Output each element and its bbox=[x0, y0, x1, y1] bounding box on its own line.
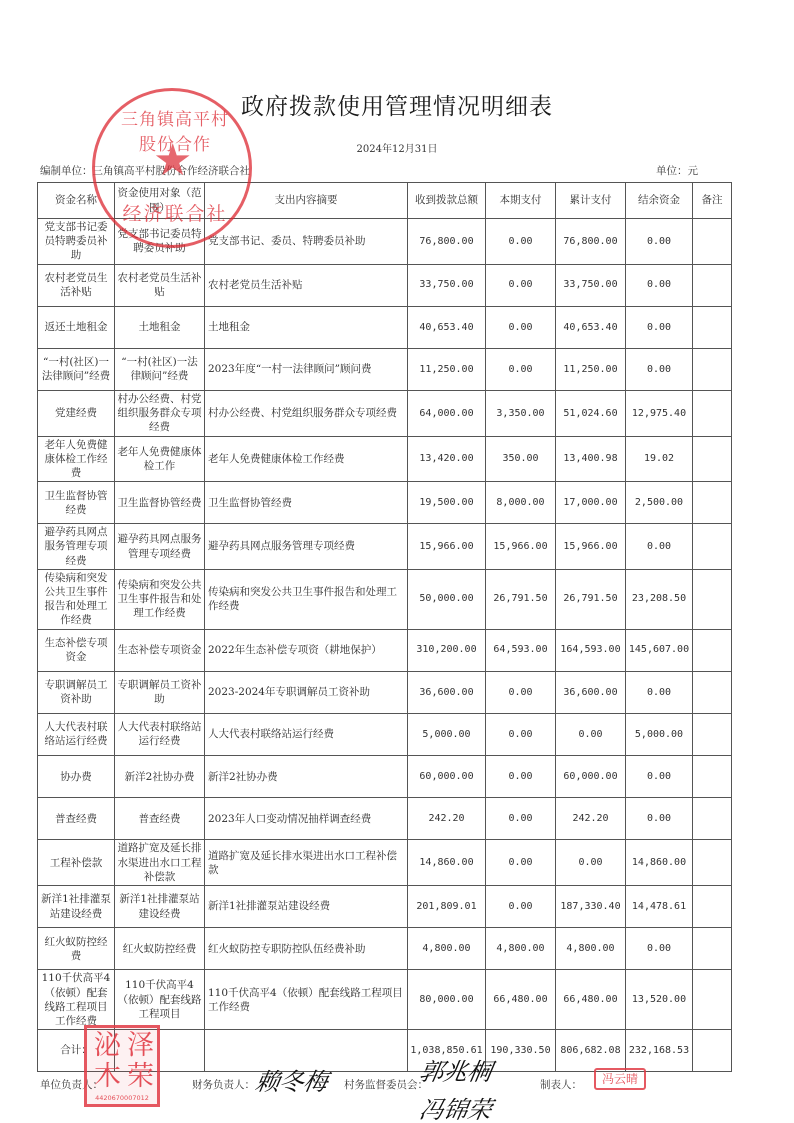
finance-head-signature: 赖冬梅 bbox=[253, 1062, 331, 1097]
cell-received: 15,966.00 bbox=[408, 524, 486, 570]
cell-summary: 2023年度“一村一法律顾问”顾问费 bbox=[205, 348, 408, 390]
cell-name: 卫生监督协管经费 bbox=[38, 482, 115, 524]
table-row: 老年人免费健康体检工作经费老年人免费健康体检工作老年人免费健康体检工作经费13,… bbox=[38, 436, 732, 482]
cell-balance: 14,860.00 bbox=[626, 840, 693, 886]
cell-note bbox=[693, 671, 732, 713]
cell-cumulative: 15,966.00 bbox=[556, 524, 626, 570]
cell-current: 0.00 bbox=[486, 264, 556, 306]
cell-current: 66,480.00 bbox=[486, 970, 556, 1030]
cell-target: 人大代表村联络站运行经费 bbox=[115, 713, 205, 755]
cell-current: 26,791.50 bbox=[486, 569, 556, 629]
org-line: 编制单位：三角镇高平村股份合作经济联合社 bbox=[40, 163, 250, 178]
document-title: 政府拨款使用管理情况明细表 bbox=[0, 88, 794, 121]
cell-target: 红火蚁防控经费 bbox=[115, 928, 205, 970]
table-row: “一村(社区)一法律顾问”经费“一村(社区)一法律顾问”经费2023年度“一村一… bbox=[38, 348, 732, 390]
table-row: 卫生监督协管经费卫生监督协管经费卫生监督协管经费19,500.008,000.0… bbox=[38, 482, 732, 524]
cell-target: 老年人免费健康体检工作 bbox=[115, 436, 205, 482]
cell-name: 生态补偿专项资金 bbox=[38, 629, 115, 671]
cell-target: 道路扩宽及延长排水渠进出水口工程补偿款 bbox=[115, 840, 205, 886]
cell-summary: 老年人免费健康体检工作经费 bbox=[205, 436, 408, 482]
cell-received: 64,000.00 bbox=[408, 391, 486, 437]
cell-target: 村办公经费、村党组织服务群众专项经费 bbox=[115, 391, 205, 437]
cell-cumulative: 51,024.60 bbox=[556, 391, 626, 437]
cell-cumulative: 0.00 bbox=[556, 840, 626, 886]
cell-current: 0.00 bbox=[486, 348, 556, 390]
cell-received: 14,860.00 bbox=[408, 840, 486, 886]
cell-received: 310,200.00 bbox=[408, 629, 486, 671]
cell-note bbox=[693, 436, 732, 482]
cell-balance: 23,208.50 bbox=[626, 569, 693, 629]
cell-summary: 村办公经费、村党组织服务群众专项经费 bbox=[205, 391, 408, 437]
cell-name: 老年人免费健康体检工作经费 bbox=[38, 436, 115, 482]
cell-balance: 14,478.61 bbox=[626, 885, 693, 927]
cell-note bbox=[693, 482, 732, 524]
cell-balance: 0.00 bbox=[626, 798, 693, 840]
cell-target: “一村(社区)一法律顾问”经费 bbox=[115, 348, 205, 390]
cell-name: 农村老党员生活补贴 bbox=[38, 264, 115, 306]
cell-current: 0.00 bbox=[486, 798, 556, 840]
header-summary: 支出内容摘要 bbox=[205, 183, 408, 219]
cell-balance: 0.00 bbox=[626, 264, 693, 306]
cell-current: 0.00 bbox=[486, 306, 556, 348]
cell-summary: 2023-2024年专职调解员工资补助 bbox=[205, 671, 408, 713]
cell-current: 0.00 bbox=[486, 756, 556, 798]
supervision-label: 村务监督委员会： bbox=[344, 1077, 428, 1092]
table-row: 党支部书记委员特聘委员补助党支部书记委员特聘委员补助党支部书记、委员、特聘委员补… bbox=[38, 219, 732, 265]
cell-target: 党支部书记委员特聘委员补助 bbox=[115, 219, 205, 265]
cell-note bbox=[693, 219, 732, 265]
header-note: 备注 bbox=[693, 183, 732, 219]
cell-summary: 新洋2社协办费 bbox=[205, 756, 408, 798]
table-row: 普查经费普查经费2023年人口变动情况抽样调查经费242.200.00242.2… bbox=[38, 798, 732, 840]
table-row: 新洋1社排灌泵站建设经费新洋1社排灌泵站建设经费新洋1社排灌泵站建设经费201,… bbox=[38, 885, 732, 927]
table-row: 农村老党员生活补贴农村老党员生活补贴农村老党员生活补贴33,750.000.00… bbox=[38, 264, 732, 306]
grant-usage-table: 资金名称 资金使用对象（范围） 支出内容摘要 收到拨款总额 本期支付 累计支付 … bbox=[37, 182, 732, 1072]
cell-current: 3,350.00 bbox=[486, 391, 556, 437]
cell-balance: 19.02 bbox=[626, 436, 693, 482]
table-row: 生态补偿专项资金生态补偿专项资金2022年生态补偿专项资（耕地保护）310,20… bbox=[38, 629, 732, 671]
table-header-row: 资金名称 资金使用对象（范围） 支出内容摘要 收到拨款总额 本期支付 累计支付 … bbox=[38, 183, 732, 219]
cell-cumulative: 242.20 bbox=[556, 798, 626, 840]
cell-received: 33,750.00 bbox=[408, 264, 486, 306]
org-label: 编制单位： bbox=[40, 165, 93, 177]
cell-summary: 红火蚁防控专职防控队伍经费补助 bbox=[205, 928, 408, 970]
cell-cumulative: 36,600.00 bbox=[556, 671, 626, 713]
unit-head-label: 单位负责人： bbox=[40, 1077, 103, 1092]
cell-balance: 0.00 bbox=[626, 306, 693, 348]
unit-label: 单位：元 bbox=[656, 163, 698, 178]
org-name: 三角镇高平村股份合作经济联合社 bbox=[93, 165, 251, 177]
cell-name: 110千伏高平4（依顿）配套线路工程项目工作经费 bbox=[38, 970, 115, 1030]
cell-note bbox=[693, 524, 732, 570]
cell-note bbox=[693, 713, 732, 755]
cell-cumulative: 4,800.00 bbox=[556, 928, 626, 970]
cell-cumulative: 33,750.00 bbox=[556, 264, 626, 306]
cell-note bbox=[693, 348, 732, 390]
cell-name: 协办费 bbox=[38, 756, 115, 798]
cell-balance: 0.00 bbox=[626, 524, 693, 570]
cell-name: 避孕药具网点服务管理专项经费 bbox=[38, 524, 115, 570]
cell-note bbox=[693, 264, 732, 306]
cell-name: 传染病和突发公共卫生事件报告和处理工作经费 bbox=[38, 569, 115, 629]
cell-cumulative: 11,250.00 bbox=[556, 348, 626, 390]
table-row: 红火蚁防控经费红火蚁防控经费红火蚁防控专职防控队伍经费补助4,800.004,8… bbox=[38, 928, 732, 970]
cell-note bbox=[693, 928, 732, 970]
cell-summary: 道路扩宽及延长排水渠进出水口工程补偿款 bbox=[205, 840, 408, 886]
cell-note bbox=[693, 756, 732, 798]
header-received: 收到拨款总额 bbox=[408, 183, 486, 219]
cell-target: 传染病和突发公共卫生事件报告和处理工作经费 bbox=[115, 569, 205, 629]
cell-target: 新洋1社排灌泵站建设经费 bbox=[115, 885, 205, 927]
cell-current: 0.00 bbox=[486, 219, 556, 265]
seal-code: 4420670007012 bbox=[87, 1094, 157, 1102]
total-current: 190,330.50 bbox=[486, 1030, 556, 1072]
cell-note bbox=[693, 798, 732, 840]
header-balance: 结余资金 bbox=[626, 183, 693, 219]
cell-received: 36,600.00 bbox=[408, 671, 486, 713]
table-row: 返还土地租金土地租金土地租金40,653.400.0040,653.400.00 bbox=[38, 306, 732, 348]
cell-cumulative: 164,593.00 bbox=[556, 629, 626, 671]
cell-received: 40,653.40 bbox=[408, 306, 486, 348]
cell-current: 0.00 bbox=[486, 840, 556, 886]
cell-summary: 党支部书记、委员、特聘委员补助 bbox=[205, 219, 408, 265]
cell-current: 4,800.00 bbox=[486, 928, 556, 970]
cell-current: 8,000.00 bbox=[486, 482, 556, 524]
total-cumulative: 806,682.08 bbox=[556, 1030, 626, 1072]
cell-current: 0.00 bbox=[486, 713, 556, 755]
table-row: 专职调解员工资补助专职调解员工资补助2023-2024年专职调解员工资补助36,… bbox=[38, 671, 732, 713]
cell-received: 242.20 bbox=[408, 798, 486, 840]
header-cumulative: 累计支付 bbox=[556, 183, 626, 219]
cell-received: 76,800.00 bbox=[408, 219, 486, 265]
supervision-signature-2: 冯锦荣 bbox=[417, 1090, 495, 1123]
finance-head-label: 财务负责人： bbox=[192, 1077, 255, 1092]
cell-received: 201,809.01 bbox=[408, 885, 486, 927]
table-row: 党建经费村办公经费、村党组织服务群众专项经费村办公经费、村党组织服务群众专项经费… bbox=[38, 391, 732, 437]
cell-cumulative: 13,400.98 bbox=[556, 436, 626, 482]
preparer-label: 制表人： bbox=[540, 1077, 582, 1092]
cell-summary: 农村老党员生活补贴 bbox=[205, 264, 408, 306]
header-current: 本期支付 bbox=[486, 183, 556, 219]
cell-summary: 传染病和突发公共卫生事件报告和处理工作经费 bbox=[205, 569, 408, 629]
cell-current: 0.00 bbox=[486, 671, 556, 713]
cell-summary: 2022年生态补偿专项资（耕地保护） bbox=[205, 629, 408, 671]
cell-name: 人大代表村联络站运行经费 bbox=[38, 713, 115, 755]
cell-target: 新洋2社协办费 bbox=[115, 756, 205, 798]
cell-note bbox=[693, 629, 732, 671]
cell-name: 新洋1社排灌泵站建设经费 bbox=[38, 885, 115, 927]
cell-target: 卫生监督协管经费 bbox=[115, 482, 205, 524]
table-row: 协办费新洋2社协办费新洋2社协办费60,000.000.0060,000.000… bbox=[38, 756, 732, 798]
cell-balance: 0.00 bbox=[626, 671, 693, 713]
cell-current: 15,966.00 bbox=[486, 524, 556, 570]
cell-target: 普查经费 bbox=[115, 798, 205, 840]
cell-cumulative: 66,480.00 bbox=[556, 970, 626, 1030]
cell-received: 4,800.00 bbox=[408, 928, 486, 970]
cell-target: 生态补偿专项资金 bbox=[115, 629, 205, 671]
cell-note bbox=[693, 391, 732, 437]
cell-cumulative: 26,791.50 bbox=[556, 569, 626, 629]
cell-target: 农村老党员生活补贴 bbox=[115, 264, 205, 306]
cell-name: 普查经费 bbox=[38, 798, 115, 840]
table-row: 工程补偿款道路扩宽及延长排水渠进出水口工程补偿款道路扩宽及延长排水渠进出水口工程… bbox=[38, 840, 732, 886]
cell-received: 60,000.00 bbox=[408, 756, 486, 798]
cell-name: 党建经费 bbox=[38, 391, 115, 437]
table-row: 110千伏高平4（依顿）配套线路工程项目工作经费110千伏高平4（依顿）配套线路… bbox=[38, 970, 732, 1030]
cell-name: 专职调解员工资补助 bbox=[38, 671, 115, 713]
cell-cumulative: 187,330.40 bbox=[556, 885, 626, 927]
cell-name: “一村(社区)一法律顾问”经费 bbox=[38, 348, 115, 390]
cell-balance: 12,975.40 bbox=[626, 391, 693, 437]
cell-note bbox=[693, 885, 732, 927]
cell-balance: 145,607.00 bbox=[626, 629, 693, 671]
table-row: 避孕药具网点服务管理专项经费避孕药具网点服务管理专项经费避孕药具网点服务管理专项… bbox=[38, 524, 732, 570]
cell-summary: 110千伏高平4（依顿）配套线路工程项目工作经费 bbox=[205, 970, 408, 1030]
cell-target: 专职调解员工资补助 bbox=[115, 671, 205, 713]
cell-summary: 人大代表村联络站运行经费 bbox=[205, 713, 408, 755]
document-date: 2024年12月31日 bbox=[0, 140, 794, 155]
header-target: 资金使用对象（范围） bbox=[115, 183, 205, 219]
cell-cumulative: 76,800.00 bbox=[556, 219, 626, 265]
cell-balance: 13,520.00 bbox=[626, 970, 693, 1030]
cell-summary: 卫生监督协管经费 bbox=[205, 482, 408, 524]
cell-target: 避孕药具网点服务管理专项经费 bbox=[115, 524, 205, 570]
cell-balance: 2,500.00 bbox=[626, 482, 693, 524]
cell-received: 5,000.00 bbox=[408, 713, 486, 755]
cell-received: 50,000.00 bbox=[408, 569, 486, 629]
cell-summary: 土地租金 bbox=[205, 306, 408, 348]
cell-received: 80,000.00 bbox=[408, 970, 486, 1030]
total-row: 合计： 1,038,850.61 190,330.50 806,682.08 2… bbox=[38, 1030, 732, 1072]
cell-cumulative: 17,000.00 bbox=[556, 482, 626, 524]
cell-cumulative: 40,653.40 bbox=[556, 306, 626, 348]
total-balance: 232,168.53 bbox=[626, 1030, 693, 1072]
cell-current: 64,593.00 bbox=[486, 629, 556, 671]
cell-received: 19,500.00 bbox=[408, 482, 486, 524]
cell-summary: 新洋1社排灌泵站建设经费 bbox=[205, 885, 408, 927]
cell-note bbox=[693, 569, 732, 629]
cell-target: 110千伏高平4（依顿）配套线路工程项目 bbox=[115, 970, 205, 1030]
cell-balance: 0.00 bbox=[626, 928, 693, 970]
cell-note bbox=[693, 840, 732, 886]
cell-balance: 0.00 bbox=[626, 219, 693, 265]
table-row: 人大代表村联络站运行经费人大代表村联络站运行经费人大代表村联络站运行经费5,00… bbox=[38, 713, 732, 755]
cell-cumulative: 0.00 bbox=[556, 713, 626, 755]
cell-name: 工程补偿款 bbox=[38, 840, 115, 886]
cell-name: 返还土地租金 bbox=[38, 306, 115, 348]
preparer-stamp: 冯云晴 bbox=[594, 1068, 646, 1090]
cell-name: 党支部书记委员特聘委员补助 bbox=[38, 219, 115, 265]
cell-received: 13,420.00 bbox=[408, 436, 486, 482]
cell-balance: 0.00 bbox=[626, 756, 693, 798]
cell-summary: 避孕药具网点服务管理专项经费 bbox=[205, 524, 408, 570]
cell-received: 11,250.00 bbox=[408, 348, 486, 390]
cell-cumulative: 60,000.00 bbox=[556, 756, 626, 798]
supervision-signature-1: 郭兆桐 bbox=[417, 1052, 495, 1087]
total-label: 合计： bbox=[38, 1030, 115, 1072]
cell-current: 0.00 bbox=[486, 885, 556, 927]
header-fund-name: 资金名称 bbox=[38, 183, 115, 219]
table-row: 传染病和突发公共卫生事件报告和处理工作经费传染病和突发公共卫生事件报告和处理工作… bbox=[38, 569, 732, 629]
cell-note bbox=[693, 306, 732, 348]
cell-note bbox=[693, 970, 732, 1030]
cell-current: 350.00 bbox=[486, 436, 556, 482]
cell-summary: 2023年人口变动情况抽样调查经费 bbox=[205, 798, 408, 840]
cell-balance: 5,000.00 bbox=[626, 713, 693, 755]
cell-balance: 0.00 bbox=[626, 348, 693, 390]
cell-target: 土地租金 bbox=[115, 306, 205, 348]
cell-name: 红火蚁防控经费 bbox=[38, 928, 115, 970]
